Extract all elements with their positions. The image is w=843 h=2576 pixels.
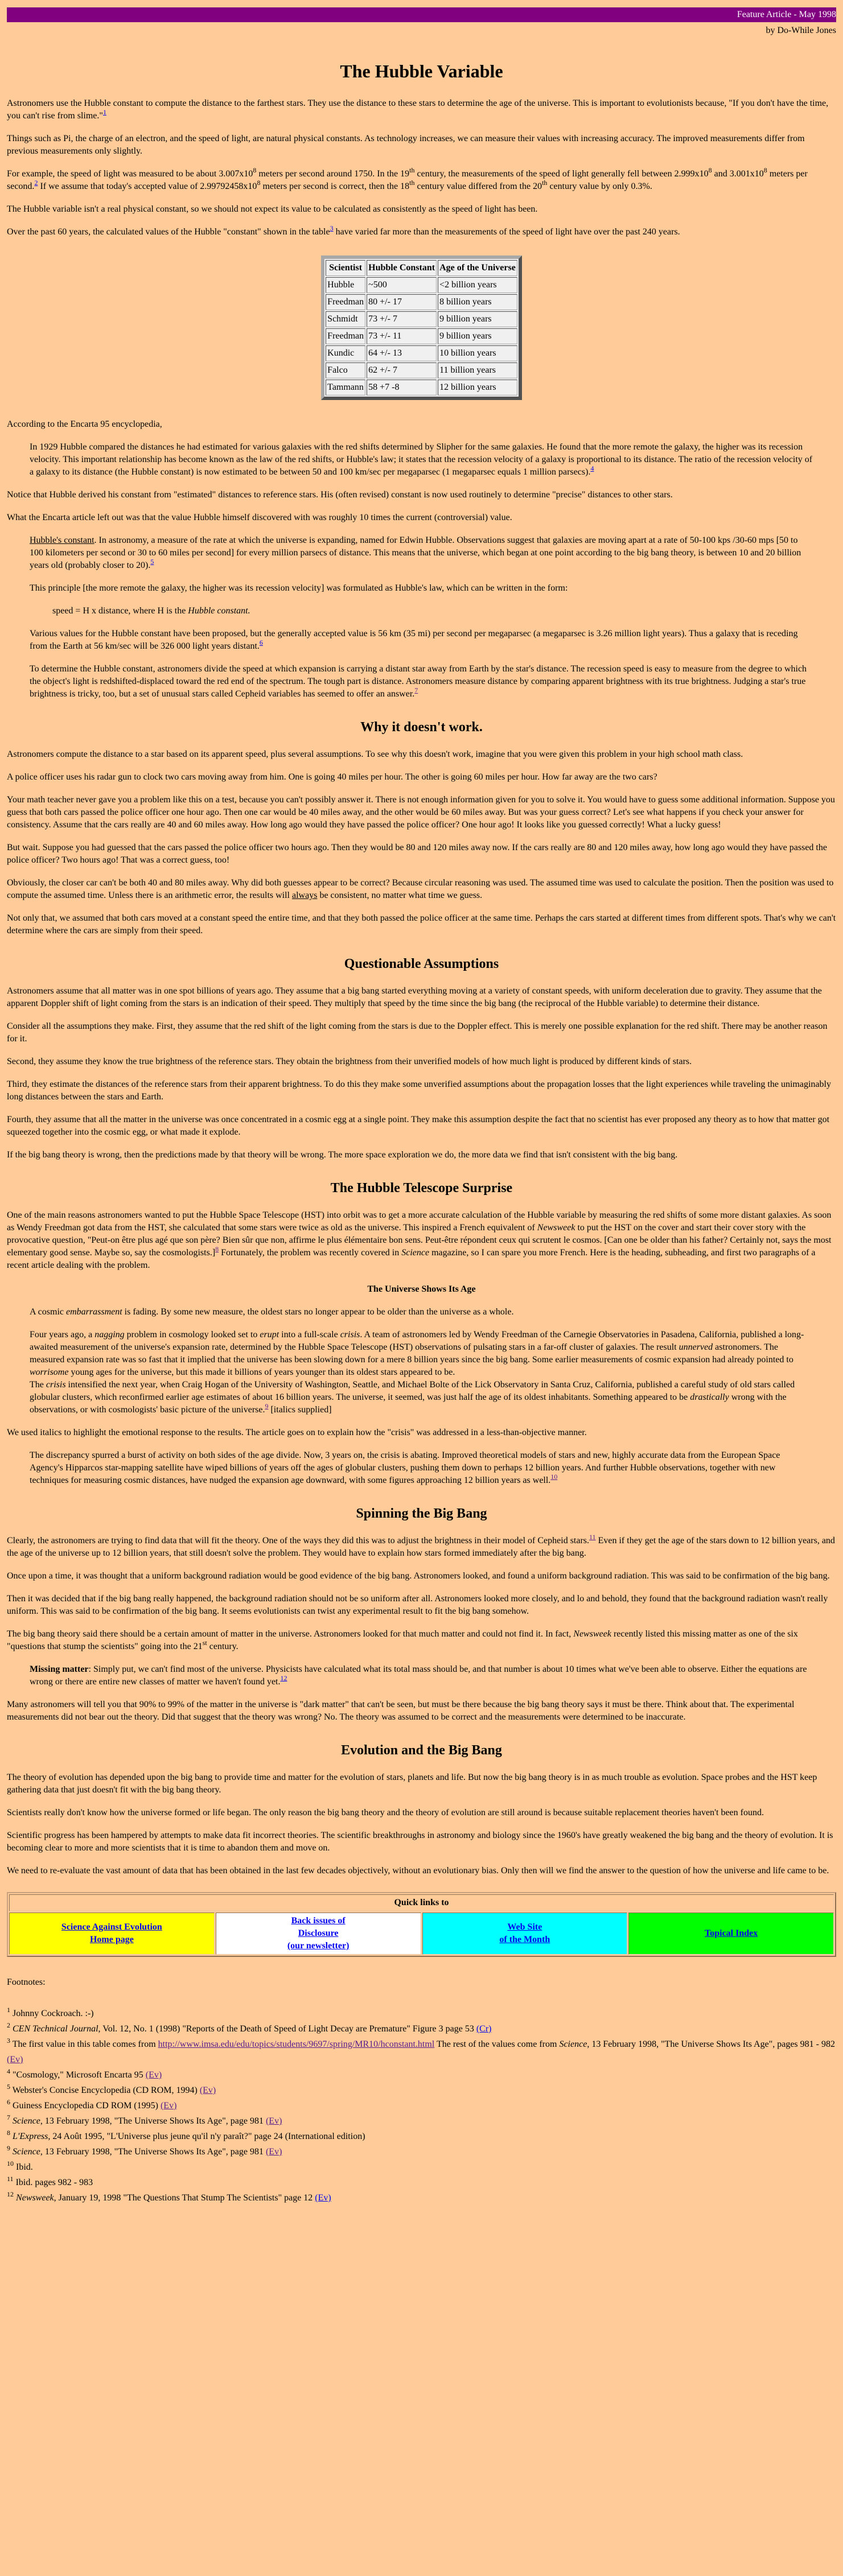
table-row: Kundic64 +/- 1310 billion years — [326, 345, 517, 361]
article-paragraph-2: The crisis intensified the next year, wh… — [30, 1379, 813, 1416]
footnote-link-6[interactable]: 6 — [260, 638, 263, 646]
section-heading-why: Why it doesn't work. — [7, 719, 836, 736]
section-heading-surprise: The Hubble Telescope Surprise — [7, 1180, 836, 1197]
section-heading-assumptions: Questionable Assumptions — [7, 955, 836, 972]
encarta-quote: In 1929 Hubble compared the distances he… — [30, 441, 813, 479]
page-title: The Hubble Variable — [7, 60, 836, 83]
footnotes-section: Footnotes: 1 Johnny Cockroach. :-) 2 CEN… — [7, 1976, 836, 2206]
web-site-of-month-link[interactable]: Web Siteof the Month — [499, 1922, 550, 1944]
why-paragraph-6: Not only that, we assumed that both cars… — [7, 912, 836, 937]
evolution-paragraph-1: The theory of evolution has depended upo… — [7, 1771, 836, 1796]
guiness-quote: Various values for the Hubble constant h… — [30, 628, 813, 653]
why-paragraph-4: But wait. Suppose you had guessed that t… — [7, 842, 836, 867]
evolution-paragraph-4: We need to re-evaluate the vast amount o… — [7, 1865, 836, 1877]
spinning-paragraph-1: Clearly, the astronomers are trying to f… — [7, 1535, 836, 1560]
footnote-8: 8 L'Express, 24 Août 1995, "L'Universe p… — [7, 2129, 836, 2144]
back-issues-link[interactable]: Back issues ofDisclosure(our newsletter) — [287, 1916, 349, 1951]
footnote-7: 7 Science, 13 February 1998, "The Univer… — [7, 2113, 836, 2129]
footnotes-label: Footnotes: — [7, 1976, 836, 1989]
footnote-4: 4 "Cosmology," Microsoft Encarta 95 (Ev) — [7, 2067, 836, 2083]
footnote-11: 11 Ibid. pages 982 - 983 — [7, 2175, 836, 2190]
table-row: Falco62 +/- 711 billion years — [326, 362, 517, 378]
section-heading-evolution: Evolution and the Big Bang — [7, 1742, 836, 1759]
footnote-link-12[interactable]: 12 — [280, 1674, 287, 1682]
table-row: Hubble~500<2 billion years — [326, 277, 517, 293]
table-row: Schmidt73 +/- 79 billion years — [326, 311, 517, 327]
intro-paragraph-4: The Hubble variable isn't a real physica… — [7, 203, 836, 216]
table-row: Freedman80 +/- 178 billion years — [326, 294, 517, 310]
quick-link-cell-topical-index: Topical Index — [628, 1913, 834, 1955]
quick-links-title: Quick links to — [9, 1894, 834, 1911]
byline: by Do-While Jones — [7, 24, 836, 37]
footnote-12: 12 Newsweek, January 19, 1998 "The Quest… — [7, 2190, 836, 2206]
quick-links-table: Quick links to Science Against Evolution… — [7, 1892, 836, 1957]
assumptions-paragraph-3: Second, they assume they know the true b… — [7, 1056, 836, 1068]
article-paragraph-1: Four years ago, a nagging problem in cos… — [30, 1329, 813, 1379]
article-subheading: A cosmic embarrassment is fading. By som… — [30, 1306, 813, 1318]
reference-quotes: Hubble's constant. In astronomy, a measu… — [30, 534, 813, 700]
footnote-3: 3 The first value in this table comes fr… — [7, 2037, 836, 2067]
footnote-link-5[interactable]: 5 — [150, 558, 154, 566]
discrepancy-quote: The discrepancy spurred a burst of activ… — [30, 1449, 813, 1487]
footnote-link-4[interactable]: 4 — [590, 464, 594, 472]
column-header-scientist: Scientist — [326, 260, 365, 276]
spinning-paragraph-2: Once upon a time, it was thought that a … — [7, 1570, 836, 1582]
intro-paragraph-1: Astronomers use the Hubble constant to c… — [7, 97, 836, 122]
why-paragraph-1: Astronomers compute the distance to a st… — [7, 748, 836, 761]
hubble-constant-table: Scientist Hubble Constant Age of the Uni… — [321, 255, 522, 400]
missing-matter-quote: Missing matter: Simply put, we can't fin… — [30, 1663, 813, 1688]
footnote-5: 5 Webster's Concise Encyclopedia (CD ROM… — [7, 2083, 836, 2098]
footnote-link-11[interactable]: 11 — [589, 1533, 596, 1541]
assumptions-paragraph-2: Consider all the assumptions they make. … — [7, 1020, 836, 1045]
evolution-paragraph-2: Scientists really don't know how the uni… — [7, 1807, 836, 1819]
table-row: Freedman73 +/- 119 billion years — [326, 328, 517, 344]
footnote-link-10[interactable]: 10 — [550, 1473, 557, 1481]
assumptions-paragraph-5: Fourth, they assume that all the matter … — [7, 1114, 836, 1139]
hubble-table-container: Scientist Hubble Constant Age of the Uni… — [7, 255, 836, 400]
column-header-age: Age of the Universe — [438, 260, 517, 276]
section-heading-spinning: Spinning the Big Bang — [7, 1505, 836, 1522]
hubble-constant-term: Hubble's constant — [30, 535, 94, 545]
spinning-paragraph-3: Then it was decided that if the big bang… — [7, 1593, 836, 1618]
left-out-paragraph: What the Encarta article left out was th… — [7, 512, 836, 524]
intro-paragraph-3: For example, the speed of light was meas… — [7, 168, 836, 193]
footnote-9: 9 Science, 13 February 1998, "The Univer… — [7, 2144, 836, 2159]
evidence-link[interactable]: (Ev) — [161, 2101, 176, 2111]
evidence-link[interactable]: (Ev) — [315, 2193, 331, 2203]
why-paragraph-3: Your math teacher never gave you a probl… — [7, 794, 836, 831]
science-quote: To determine the Hubble constant, astron… — [30, 663, 813, 700]
table-row: Tammann58 +7 -812 billion years — [326, 380, 517, 395]
notice-paragraph: Notice that Hubble derived his constant … — [7, 489, 836, 501]
imsa-url-link[interactable]: http://www.imsa.edu/edu/topics/students/… — [158, 2039, 435, 2049]
footnote-2: 2 CEN Technical Journal, Vol. 12, No. 1 … — [7, 2021, 836, 2037]
assumptions-paragraph-1: Astronomers assume that all matter was i… — [7, 985, 836, 1010]
footnote-link-7[interactable]: 7 — [414, 686, 418, 694]
surprise-paragraph-1: One of the main reasons astronomers want… — [7, 1209, 836, 1272]
banner-text: Feature Article - May 1998 — [737, 10, 836, 19]
evidence-link[interactable]: (Ev) — [7, 2055, 23, 2064]
evidence-link[interactable]: (Ev) — [146, 2070, 162, 2080]
webster-quote: Hubble's constant. In astronomy, a measu… — [30, 534, 813, 572]
footnote-link-1[interactable]: 1 — [103, 108, 106, 116]
table-header-row: Scientist Hubble Constant Age of the Uni… — [326, 260, 517, 276]
page: Feature Article - May 1998 by Do-While J… — [0, 0, 843, 2223]
quick-link-cell-back-issues: Back issues ofDisclosure(our newsletter) — [216, 1913, 421, 1955]
assumptions-paragraph-4: Third, they estimate the distances of th… — [7, 1078, 836, 1103]
why-paragraph-5: Obviously, the closer car can't be both … — [7, 877, 836, 902]
spinning-paragraph-4: The big bang theory said there should be… — [7, 1628, 836, 1653]
topical-index-link[interactable]: Topical Index — [705, 1928, 758, 1938]
evolution-paragraph-3: Scientific progress has been hampered by… — [7, 1829, 836, 1854]
creation-link[interactable]: (Cr) — [476, 2024, 492, 2034]
evidence-link[interactable]: (Ev) — [266, 2147, 282, 2157]
footnote-10: 10 Ibid. — [7, 2159, 836, 2175]
formula-block: speed = H x distance, where H is the Hub… — [52, 605, 791, 617]
quick-link-cell-home: Science Against EvolutionHome page — [9, 1913, 215, 1955]
spinning-paragraph-5: Many astronomers will tell you that 90% … — [7, 1699, 836, 1724]
home-page-link[interactable]: Science Against EvolutionHome page — [61, 1922, 162, 1944]
encarta-lead: According to the Encarta 95 encyclopedia… — [7, 418, 836, 431]
column-header-hubble-constant: Hubble Constant — [367, 260, 437, 276]
quick-link-cell-web-site: Web Siteof the Month — [422, 1913, 628, 1955]
why-paragraph-2: A police officer uses his radar gun to c… — [7, 771, 836, 784]
footnote-1: 1 Johnny Cockroach. :-) — [7, 2006, 836, 2021]
principle-text: This principle [the more remote the gala… — [30, 582, 813, 595]
feature-banner: Feature Article - May 1998 — [7, 7, 836, 22]
italics-note: We used italics to highlight the emotion… — [7, 1427, 836, 1439]
evidence-link[interactable]: (Ev) — [200, 2085, 216, 2095]
article-heading: The Universe Shows Its Age — [7, 1283, 836, 1296]
footnote-6: 6 Guiness Encyclopedia CD ROM (1995) (Ev… — [7, 2098, 836, 2113]
evidence-link[interactable]: (Ev) — [266, 2116, 282, 2126]
science-article-quote: A cosmic embarrassment is fading. By som… — [30, 1306, 813, 1416]
intro-paragraph-5: Over the past 60 years, the calculated v… — [7, 226, 836, 238]
intro-paragraph-2: Things such as Pi, the charge of an elec… — [7, 133, 836, 158]
assumptions-paragraph-6: If the big bang theory is wrong, then th… — [7, 1149, 836, 1161]
